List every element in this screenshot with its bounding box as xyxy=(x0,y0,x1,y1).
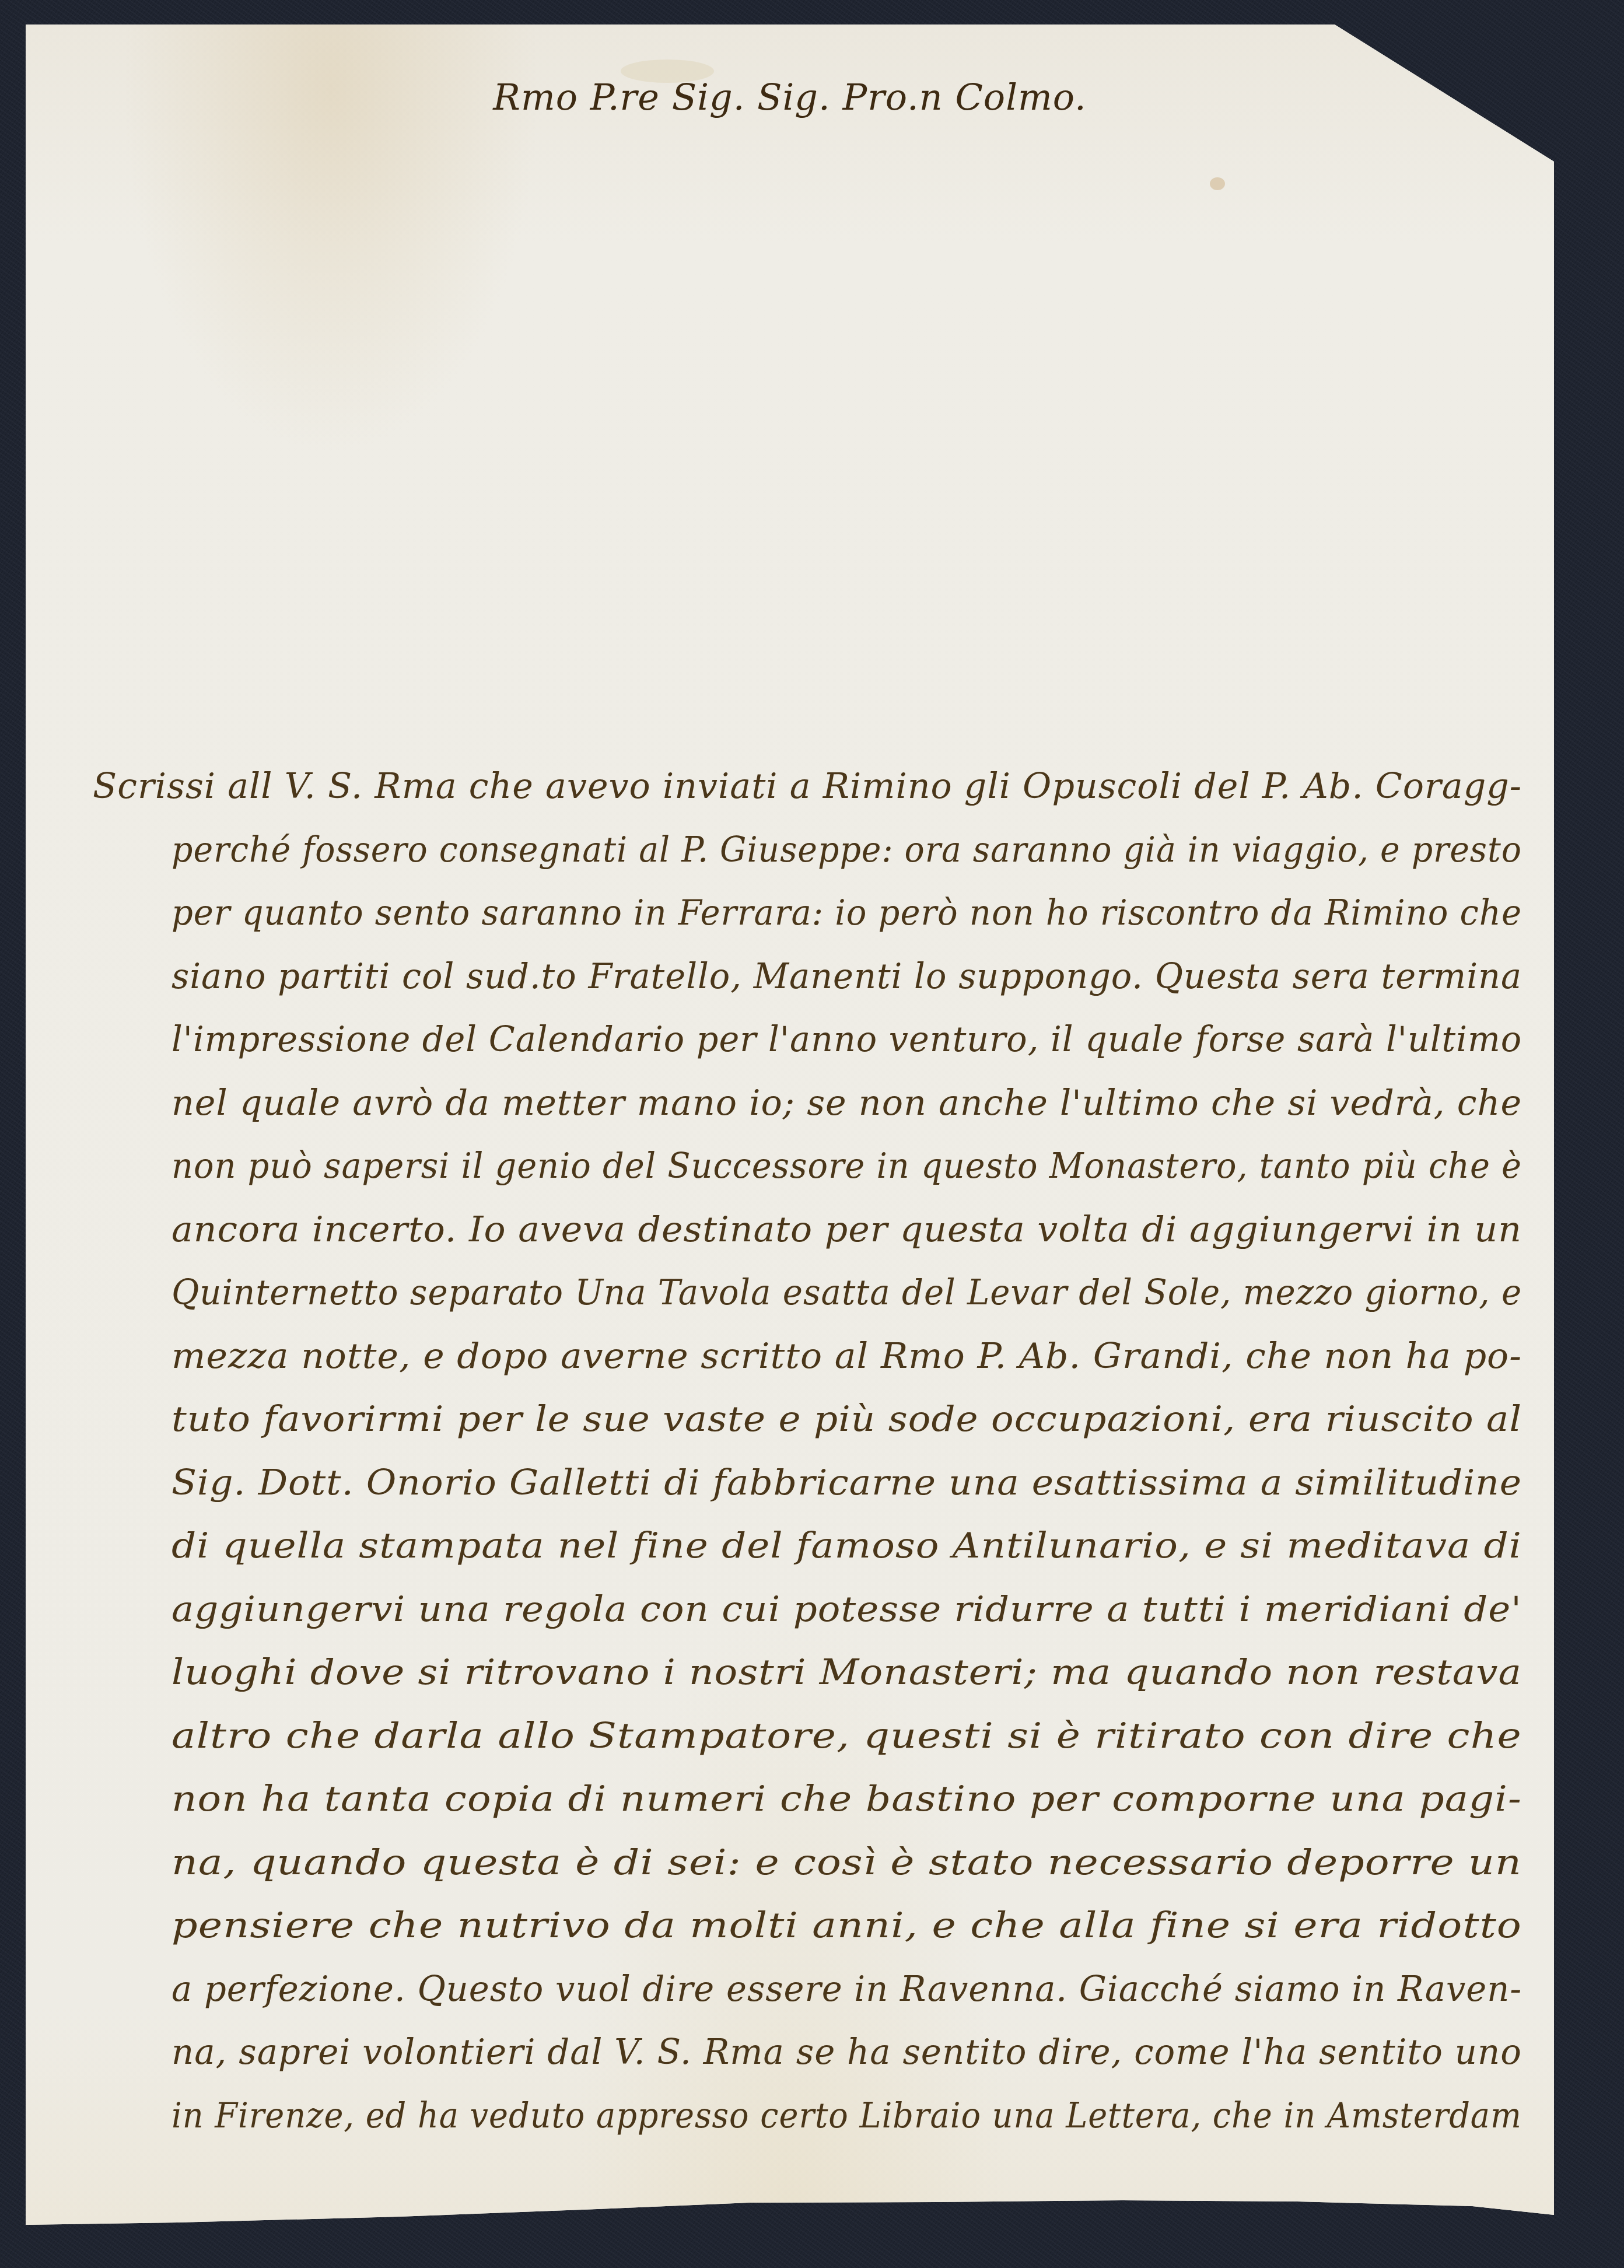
body-line-text: ancora incerto. Io aveva destinato per q… xyxy=(171,1198,1522,1262)
body-line: l'impressione del Calendario per l'anno … xyxy=(93,1008,1522,1072)
body-line-text: l'impressione del Calendario per l'anno … xyxy=(171,1008,1522,1072)
body-line-text: na, quando questa è di sei: e così è sta… xyxy=(171,1831,1522,1895)
body-line-text: non può sapersi il genio del Successore … xyxy=(171,1135,1522,1198)
body-line: Scrissi all V. S. Rma che avevo inviati … xyxy=(93,755,1522,818)
body-line-text: tuto favorirmi per le sue vaste e più so… xyxy=(171,1388,1522,1451)
body-line: pensiere che nutrivo da molti anni, e ch… xyxy=(93,1894,1522,1958)
body-line: aggiungervi una regola con cui potesse r… xyxy=(93,1578,1522,1641)
paper-stain xyxy=(1210,177,1225,190)
body-line: altro che darla allo Stampatore, questi … xyxy=(93,1704,1522,1768)
body-line-text: siano partiti col sud.to Fratello, Manen… xyxy=(171,945,1522,1009)
body-line: Sig. Dott. Onorio Galletti di fabbricarn… xyxy=(93,1451,1522,1515)
body-line-text: aggiungervi una regola con cui potesse r… xyxy=(171,1578,1522,1641)
body-line: na, saprei volontieri dal V. S. Rma se h… xyxy=(93,2021,1522,2084)
body-line: ancora incerto. Io aveva destinato per q… xyxy=(93,1198,1522,1262)
body-line-text: di quella stampata nel fine del famoso A… xyxy=(171,1514,1522,1578)
body-line: in Firenze, ed ha veduto appresso certo … xyxy=(93,2084,1522,2148)
body-line: luoghi dove si ritrovano i nostri Monast… xyxy=(93,1641,1522,1704)
body-line-text: Scrissi all V. S. Rma che avevo inviati … xyxy=(93,755,1522,818)
body-line: Quinternetto separato Una Tavola esatta … xyxy=(93,1261,1522,1325)
body-line: per quanto sento saranno in Ferrara: io … xyxy=(93,881,1522,945)
manuscript-page: Rmo P.re Sig. Sig. Pro.n Colmo. Scrissi … xyxy=(26,24,1554,2225)
letter-body: Scrissi all V. S. Rma che avevo inviati … xyxy=(93,755,1522,2147)
body-line-text: luoghi dove si ritrovano i nostri Monast… xyxy=(171,1641,1522,1704)
body-line: na, quando questa è di sei: e così è sta… xyxy=(93,1831,1522,1895)
letter-salutation: Rmo P.re Sig. Sig. Pro.n Colmo. xyxy=(26,65,1554,129)
body-line: di quella stampata nel fine del famoso A… xyxy=(93,1514,1522,1578)
body-line: non può sapersi il genio del Successore … xyxy=(93,1135,1522,1198)
body-line-text: pensiere che nutrivo da molti anni, e ch… xyxy=(171,1894,1522,1958)
body-line: tuto favorirmi per le sue vaste e più so… xyxy=(93,1388,1522,1451)
body-line-text: mezza notte, e dopo averne scritto al Rm… xyxy=(171,1325,1522,1388)
body-line-text: perché fossero consegnati al P. Giuseppe… xyxy=(171,818,1522,882)
body-line-text: Quinternetto separato Una Tavola esatta … xyxy=(171,1261,1522,1325)
body-line: perché fossero consegnati al P. Giuseppe… xyxy=(93,818,1522,882)
body-line-text: Sig. Dott. Onorio Galletti di fabbricarn… xyxy=(171,1451,1522,1515)
body-line: non ha tanta copia di numeri che bastino… xyxy=(93,1767,1522,1831)
body-line-text: altro che darla allo Stampatore, questi … xyxy=(171,1704,1522,1768)
body-line-text: non ha tanta copia di numeri che bastino… xyxy=(171,1767,1522,1831)
body-line: a perfezione. Questo vuol dire essere in… xyxy=(93,1958,1522,2021)
body-line-text: na, saprei volontieri dal V. S. Rma se h… xyxy=(171,2021,1522,2084)
body-line-text: per quanto sento saranno in Ferrara: io … xyxy=(171,881,1522,945)
body-line-text: nel quale avrò da metter mano io; se non… xyxy=(171,1072,1522,1135)
body-line: mezza notte, e dopo averne scritto al Rm… xyxy=(93,1325,1522,1388)
body-line: nel quale avrò da metter mano io; se non… xyxy=(93,1072,1522,1135)
body-line-text: a perfezione. Questo vuol dire essere in… xyxy=(171,1958,1522,2021)
body-line-text: in Firenze, ed ha veduto appresso certo … xyxy=(171,2084,1522,2148)
body-line: siano partiti col sud.to Fratello, Manen… xyxy=(93,945,1522,1009)
